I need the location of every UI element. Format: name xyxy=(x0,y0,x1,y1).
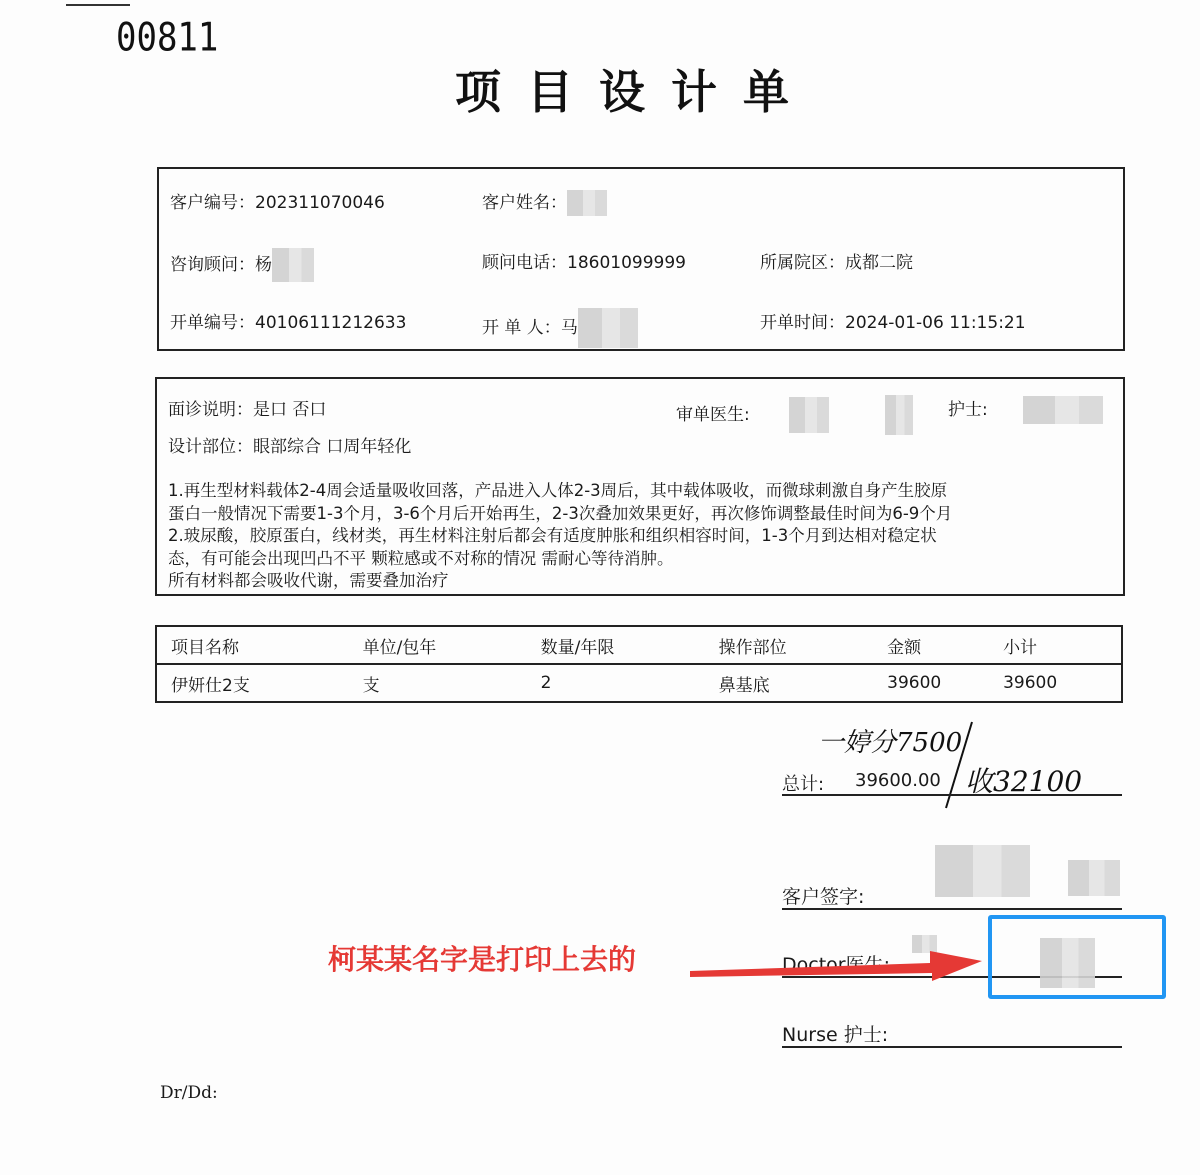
design-area-value: 眼部综合 口周年轻化 xyxy=(253,437,411,457)
consultant-value: 杨 xyxy=(255,255,272,275)
issuer-field: 开 单 人：马 xyxy=(482,308,638,348)
order-time-field: 开单时间：2024-01-06 11:15:21 xyxy=(760,308,1026,333)
order-no-value: 40106111212633 xyxy=(255,313,406,333)
redacted-customer-signature xyxy=(935,845,1030,897)
customer-sign-label: 客户签字: xyxy=(782,882,864,909)
table-cell: 伊妍仕2支 xyxy=(156,664,349,702)
table-cell: 支 xyxy=(349,664,527,702)
nurse-label: Nurse 护士: xyxy=(782,1020,888,1047)
total-label: 总计: xyxy=(782,770,824,796)
customer-name-field: 客户姓名： xyxy=(482,188,607,216)
customer-sign-line xyxy=(782,908,1122,910)
table-header-row: 项目名称单位/包年数量/年限操作部位金额小计 xyxy=(156,626,1122,664)
interview-label: 面诊说明： xyxy=(168,400,253,420)
table-cell: 39600 xyxy=(873,664,989,702)
items-table: 项目名称单位/包年数量/年限操作部位金额小计伊妍仕2支支2鼻基底39600396… xyxy=(155,625,1123,703)
consultant-label: 咨询顾问： xyxy=(170,255,255,275)
redacted-nurse-signature xyxy=(1023,396,1103,424)
consult-nurse-label: 护士: xyxy=(948,400,988,420)
redacted-customer-name xyxy=(567,190,607,216)
customer-name-label: 客户姓名： xyxy=(482,193,567,213)
customer-id-field: 客户编号：202311070046 xyxy=(170,188,385,213)
annotation-text: 柯某某名字是打印上去的 xyxy=(328,938,636,978)
consult-nurse-field: 护士: xyxy=(948,395,1103,424)
customer-id-label: 客户编号： xyxy=(170,193,255,213)
table-row: 伊妍仕2支支2鼻基底3960039600 xyxy=(156,664,1122,702)
dr-dd-label: Dr/Dd: xyxy=(160,1083,218,1103)
interview-value: 是口 否口 xyxy=(253,400,326,420)
design-area-field: 设计部位：眼部综合 口周年轻化 xyxy=(168,432,411,457)
total-value: 39600.00 xyxy=(855,770,941,791)
issuer-value: 马 xyxy=(561,318,578,338)
branch-label: 所属院区： xyxy=(760,253,845,273)
nurse-sign-line xyxy=(782,1046,1122,1048)
issuer-label: 开 单 人： xyxy=(482,318,561,338)
table-cell: 2 xyxy=(527,664,705,702)
table-cell: 鼻基底 xyxy=(705,664,874,702)
serial-number: 00811 xyxy=(116,15,218,61)
column-header: 操作部位 xyxy=(705,626,874,664)
red-arrow-icon xyxy=(690,935,990,985)
redacted-customer-signature-2 xyxy=(1068,860,1120,896)
column-header: 小计 xyxy=(989,626,1122,664)
top-pen-mark xyxy=(66,4,130,6)
total-underline xyxy=(782,794,1122,796)
redacted-doctor-signature xyxy=(789,397,829,433)
highlight-box xyxy=(988,915,1166,999)
order-time-label: 开单时间： xyxy=(760,313,845,333)
interview-field: 面诊说明：是口 否口 xyxy=(168,395,326,420)
treatment-notes: 1.再生型材料载体2-4周会适量吸收回落，产品进入人体2-3周后，其中载体吸收，… xyxy=(168,480,1118,593)
column-header: 金额 xyxy=(873,626,989,664)
document-title: 项目设计单 xyxy=(0,56,1200,122)
design-area-label: 设计部位： xyxy=(168,437,253,457)
redacted-consultant-name xyxy=(272,248,314,282)
reviewing-doctor-field: 审单医生: xyxy=(676,395,913,435)
branch-value: 成都二院 xyxy=(845,253,913,273)
order-no-label: 开单编号： xyxy=(170,313,255,333)
column-header: 单位/包年 xyxy=(349,626,527,664)
consultant-phone-value: 18601099999 xyxy=(567,253,686,273)
column-header: 数量/年限 xyxy=(527,626,705,664)
order-no-field: 开单编号：40106111212633 xyxy=(170,308,406,333)
branch-field: 所属院区：成都二院 xyxy=(760,248,913,273)
redacted-issuer-name xyxy=(578,308,638,348)
redacted-doctor-signature-2 xyxy=(885,395,913,435)
order-time-value: 2024-01-06 11:15:21 xyxy=(845,313,1026,333)
reviewing-doctor-label: 审单医生: xyxy=(676,405,750,425)
table-cell: 39600 xyxy=(989,664,1122,702)
consultant-phone-field: 顾问电话：18601099999 xyxy=(482,248,686,273)
pen-slash-mark xyxy=(940,720,980,810)
consultant-field: 咨询顾问：杨 xyxy=(170,248,314,282)
consultant-phone-label: 顾问电话： xyxy=(482,253,567,273)
column-header: 项目名称 xyxy=(156,626,349,664)
customer-id-value: 202311070046 xyxy=(255,193,385,213)
